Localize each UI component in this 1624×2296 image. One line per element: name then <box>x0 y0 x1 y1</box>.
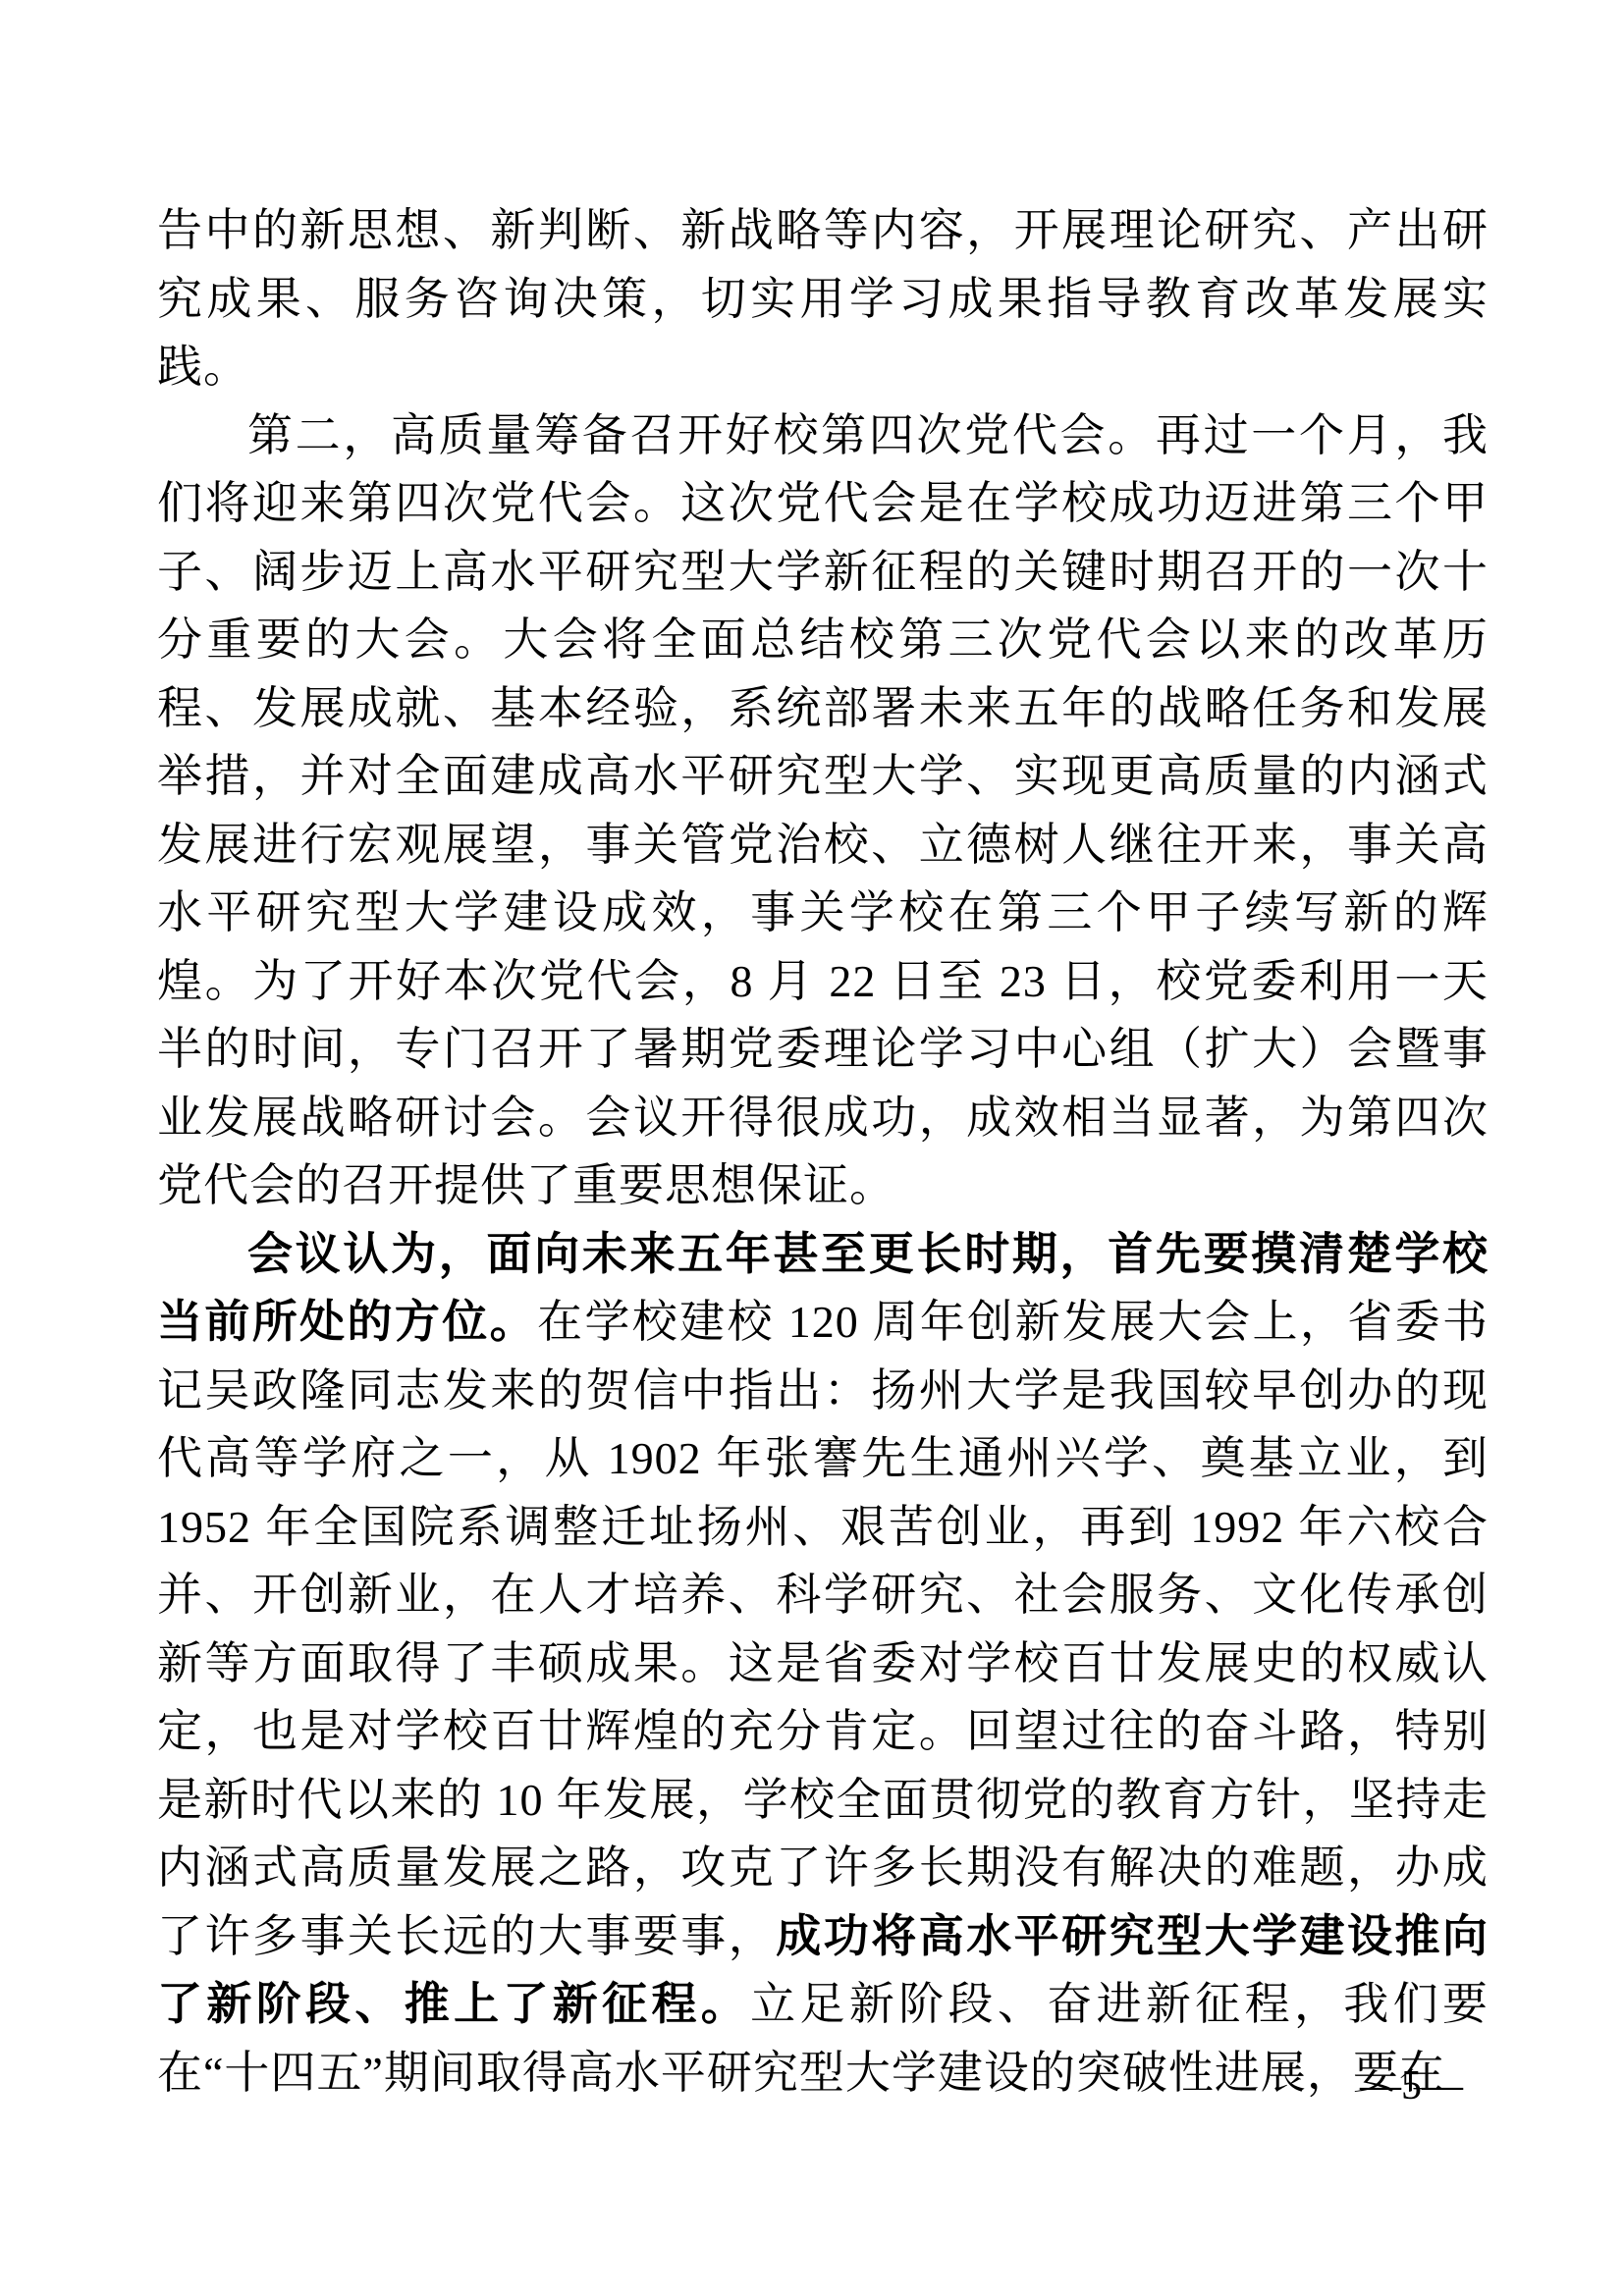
paragraph-1: 告中的新思想、新判断、新战略等内容，开展理论研究、产出研究成果、服务咨询决策，切… <box>157 196 1489 401</box>
paragraph-3: 会议认为，面向未来五年甚至更长时期，首先要摸清楚学校当前所处的方位。在学校建校 … <box>157 1220 1489 2108</box>
page-number: —5— <box>1360 2061 1463 2110</box>
paragraph-2: 第二，高质量筹备召开好校第四次党代会。再过一个月，我们将迎来第四次党代会。这次党… <box>157 401 1489 1220</box>
document-page: 告中的新思想、新判断、新战略等内容，开展理论研究、产出研究成果、服务咨询决策，切… <box>0 0 1624 2296</box>
paragraph-1-run-1: 告中的新思想、新判断、新战略等内容，开展理论研究、产出研究成果、服务咨询决策，切… <box>157 205 1489 392</box>
paragraph-3-run-2: 在学校建校 120 周年创新发展大会上，省委书记吴政隆同志发来的贺信中指出：扬州… <box>157 1297 1489 1961</box>
paragraph-2-run-1: 第二，高质量筹备召开好校第四次党代会。再过一个月，我们将迎来第四次党代会。这次党… <box>157 410 1489 1211</box>
document-body: 告中的新思想、新判断、新战略等内容，开展理论研究、产出研究成果、服务咨询决策，切… <box>157 196 1489 2107</box>
